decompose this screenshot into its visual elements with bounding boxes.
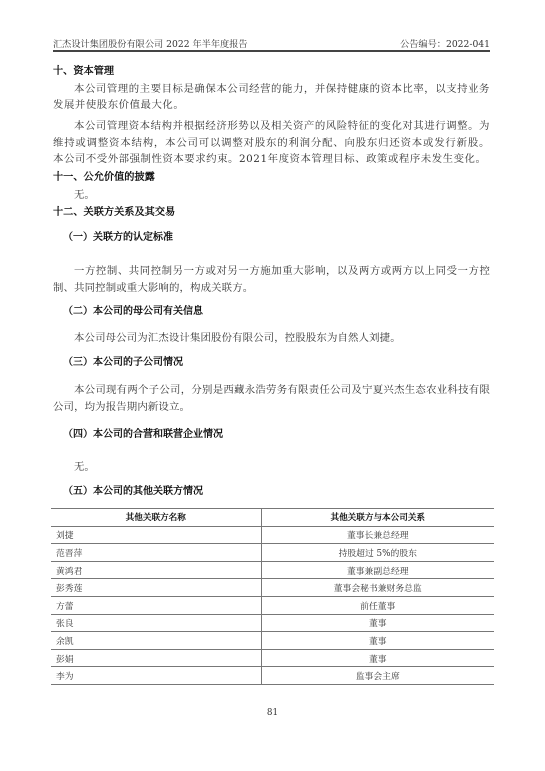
section-heading: 十二、关联方关系及其交易 (53, 205, 490, 222)
subsection-related-party-criteria-body: 一方控制、共同控制另一方或对另一方施加重大影响，以及两方或两方以上同受一方控制、… (53, 263, 490, 296)
header-rule (53, 50, 490, 52)
table-row: 黄鸿君 董事兼副总经理 (51, 561, 494, 579)
section-fair-value: 十一、公允价值的披露 无。 (53, 170, 490, 203)
cell-name: 彭娟 (51, 649, 261, 667)
paragraph: 一方控制、共同控制另一方或对另一方施加重大影响，以及两方或两方以上同受一方控制、… (53, 263, 490, 296)
subsection-heading: （一）关联方的认定标准 (53, 230, 490, 247)
other-related-parties-table: 其他关联方名称 其他关联方与本公司关系 刘捷 董事长兼总经理 范晋萍 持股超过 … (51, 508, 494, 685)
page-header: 汇杰设计集团股份有限公司 2022 年半年度报告 公告编号：2022-041 (53, 36, 490, 50)
cell-name: 张良 (51, 614, 261, 632)
column-header-relationship: 其他关联方与本公司关系 (261, 509, 494, 527)
subsection-other-related-parties: （五）本公司的其他关联方情况 (53, 484, 490, 501)
table-row: 刘捷 董事长兼总经理 (51, 526, 494, 544)
paragraph: 本公司管理资本结构并根据经济形势以及相关资产的风险特征的变化对其进行调整。为维持… (53, 118, 490, 168)
subsection-joint-ventures: （四）本公司的合营和联营企业情况 (53, 427, 490, 444)
cell-relationship: 持股超过 5%的股东 (261, 544, 494, 562)
subsection-heading: （二）本公司的母公司有关信息 (53, 304, 490, 321)
table-row: 张良 董事 (51, 614, 494, 632)
table-header-row: 其他关联方名称 其他关联方与本公司关系 (51, 509, 494, 527)
cell-name: 刘捷 (51, 526, 261, 544)
cell-relationship: 董事会秘书兼财务总监 (261, 579, 494, 597)
document-page: 汇杰设计集团股份有限公司 2022 年半年度报告 公告编号：2022-041 十… (0, 0, 545, 771)
section-heading: 十、资本管理 (53, 64, 490, 81)
paragraph: 无。 (53, 187, 490, 204)
table-row: 彭娟 董事 (51, 649, 494, 667)
column-header-name: 其他关联方名称 (51, 509, 261, 527)
paragraph: 无。 (53, 459, 490, 476)
cell-relationship: 董事 (261, 632, 494, 650)
cell-relationship: 监事会主席 (261, 667, 494, 685)
cell-relationship: 董事长兼总经理 (261, 526, 494, 544)
cell-relationship: 董事兼副总经理 (261, 561, 494, 579)
cell-name: 余凯 (51, 632, 261, 650)
cell-relationship: 前任董事 (261, 596, 494, 614)
subsection-parent-company: （二）本公司的母公司有关信息 (53, 304, 490, 321)
subsection-subsidiaries-body: 本公司现有两个子公司，分别是西藏永浩劳务有限责任公司及宁夏兴杰生态农业科技有限公… (53, 382, 490, 415)
section-related-parties: 十二、关联方关系及其交易 (53, 205, 490, 222)
paragraph: 本公司现有两个子公司，分别是西藏永浩劳务有限责任公司及宁夏兴杰生态农业科技有限公… (53, 382, 490, 415)
cell-name: 范晋萍 (51, 544, 261, 562)
paragraph: 本公司管理的主要目标是确保本公司经营的能力，并保持健康的资本比率，以支持业务发展… (53, 81, 490, 114)
cell-name: 方蕾 (51, 596, 261, 614)
cell-name: 李为 (51, 667, 261, 685)
cell-name: 黄鸿君 (51, 561, 261, 579)
subsection-joint-ventures-body: 无。 (53, 459, 490, 476)
table-row: 范晋萍 持股超过 5%的股东 (51, 544, 494, 562)
header-report-title: 汇杰设计集团股份有限公司 2022 年半年度报告 (53, 36, 248, 50)
subsection-subsidiaries: （三）本公司的子公司情况 (53, 355, 490, 372)
header-announcement-number: 公告编号：2022-041 (400, 36, 490, 50)
subsection-heading: （五）本公司的其他关联方情况 (53, 484, 490, 501)
cell-relationship: 董事 (261, 649, 494, 667)
table-row: 彭秀莲 董事会秘书兼财务总监 (51, 579, 494, 597)
section-capital-management: 十、资本管理 本公司管理的主要目标是确保本公司经营的能力，并保持健康的资本比率，… (53, 64, 490, 114)
table-row: 李为 监事会主席 (51, 667, 494, 685)
table-row: 余凯 董事 (51, 632, 494, 650)
subsection-parent-company-body: 本公司母公司为汇杰设计集团股份有限公司，控股股东为自然人刘捷。 (53, 330, 490, 347)
cell-relationship: 董事 (261, 614, 494, 632)
subsection-related-party-criteria: （一）关联方的认定标准 (53, 230, 490, 247)
cell-name: 彭秀莲 (51, 579, 261, 597)
subsection-heading: （三）本公司的子公司情况 (53, 355, 490, 372)
subsection-heading: （四）本公司的合营和联营企业情况 (53, 427, 490, 444)
section-heading: 十一、公允价值的披露 (53, 170, 490, 187)
paragraph: 本公司母公司为汇杰设计集团股份有限公司，控股股东为自然人刘捷。 (53, 330, 490, 347)
section-capital-management-para2: 本公司管理资本结构并根据经济形势以及相关资产的风险特征的变化对其进行调整。为维持… (53, 118, 490, 168)
table-row: 方蕾 前任董事 (51, 596, 494, 614)
page-number: 81 (0, 708, 545, 718)
